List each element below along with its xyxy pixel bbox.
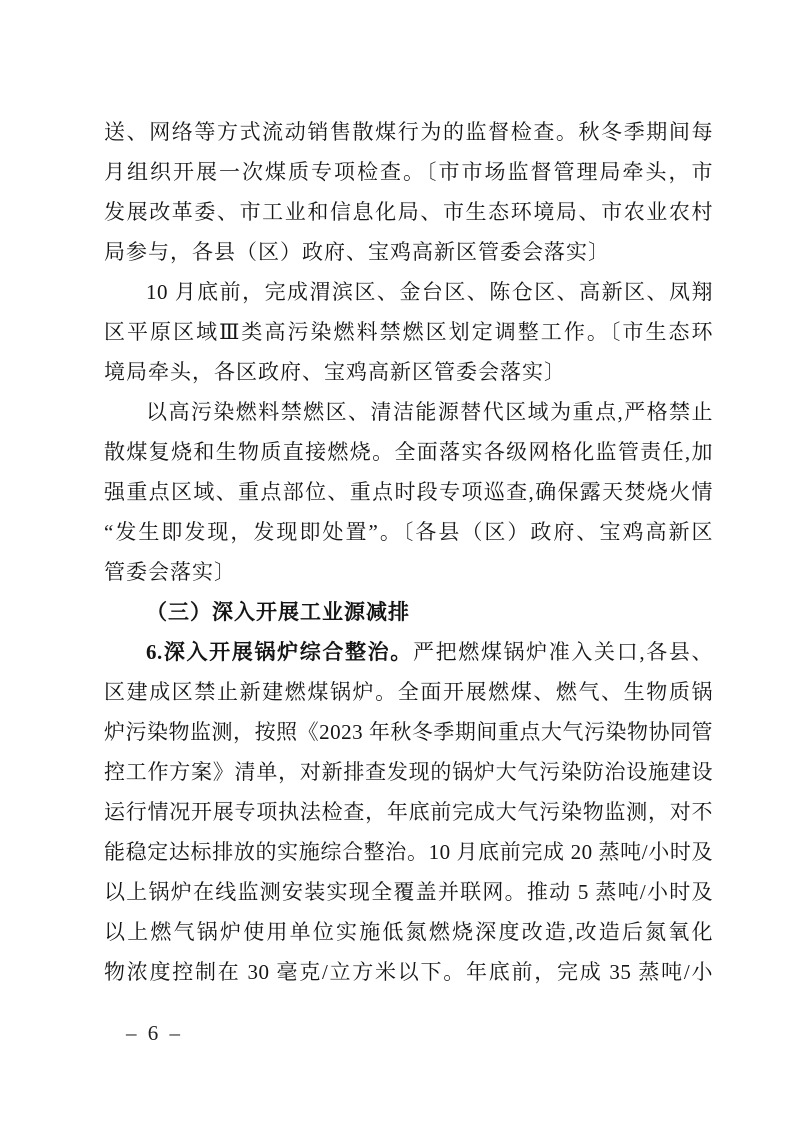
text-line: 控工作方案》清单，对新排查发现的锅炉大气污染防治设施建设 <box>104 752 713 792</box>
document-page: 送、网络等方式流动销售散煤行为的监督检查。秋冬季期间每 月组织开展一次煤质专项检… <box>0 0 800 1132</box>
text-line: 局参与，各县（区）政府、宝鸡高新区管委会落实〕 <box>104 232 713 272</box>
text-line: 炉污染物监测，按照《2023 年秋冬季期间重点大气污染物协同管 <box>104 712 713 752</box>
text-line: 区平原区域Ⅲ类高污染燃料禁燃区划定调整工作。〔市生态环 <box>104 312 713 352</box>
lead-in-rest: 严把燃煤锅炉准入关口,各县、 <box>413 640 713 664</box>
text-line: 以上燃气锅炉使用单位实施低氮燃烧深度改造,改造后氮氧化 <box>104 912 713 952</box>
text-line: 月组织开展一次煤质专项检查。〔市市场监督管理局牵头，市 <box>104 152 713 192</box>
page-number: – 6 – <box>126 1013 183 1053</box>
text-line: 区建成区禁止新建燃煤锅炉。全面开展燃煤、燃气、生物质锅 <box>104 672 713 712</box>
text-line: 能稳定达标排放的实施综合整治。10 月底前完成 20 蒸吨/小时及 <box>104 832 713 872</box>
text-line: 运行情况开展专项执法检查，年底前完成大气污染物监测，对不 <box>104 792 713 832</box>
text-line: 物浓度控制在 30 毫克/立方米以下。年底前，完成 35 蒸吨/小 <box>104 952 713 992</box>
text-line: 10 月底前，完成渭滨区、金台区、陈仓区、高新区、凤翔 <box>104 272 713 312</box>
text-line: “发生即发现，发现即处置”。〔各县（区）政府、宝鸡高新区 <box>104 512 713 552</box>
text-line: 境局牵头，各区政府、宝鸡高新区管委会落实〕 <box>104 352 713 392</box>
text-line: 散煤复烧和生物质直接燃烧。全面落实各级网格化监管责任,加 <box>104 432 713 472</box>
text-line: 以高污染燃料禁燃区、清洁能源替代区域为重点,严格禁止 <box>104 392 713 432</box>
text-line: 强重点区域、重点部位、重点时段专项巡查,确保露天焚烧火情 <box>104 472 713 512</box>
text-line: 管委会落实〕 <box>104 552 713 592</box>
text-line: 发展改革委、市工业和信息化局、市生态环境局、市农业农村 <box>104 192 713 232</box>
lead-in-bold: 6.深入开展锅炉综合整治。 <box>146 640 413 664</box>
text-block: 送、网络等方式流动销售散煤行为的监督检查。秋冬季期间每 月组织开展一次煤质专项检… <box>104 112 713 992</box>
section-heading: （三）深入开展工业源减排 <box>104 592 713 632</box>
text-line: 6.深入开展锅炉综合整治。严把燃煤锅炉准入关口,各县、 <box>104 632 713 672</box>
text-line: 以上锅炉在线监测安装实现全覆盖并联网。推动 5 蒸吨/小时及 <box>104 872 713 912</box>
text-line: 送、网络等方式流动销售散煤行为的监督检查。秋冬季期间每 <box>104 112 713 152</box>
